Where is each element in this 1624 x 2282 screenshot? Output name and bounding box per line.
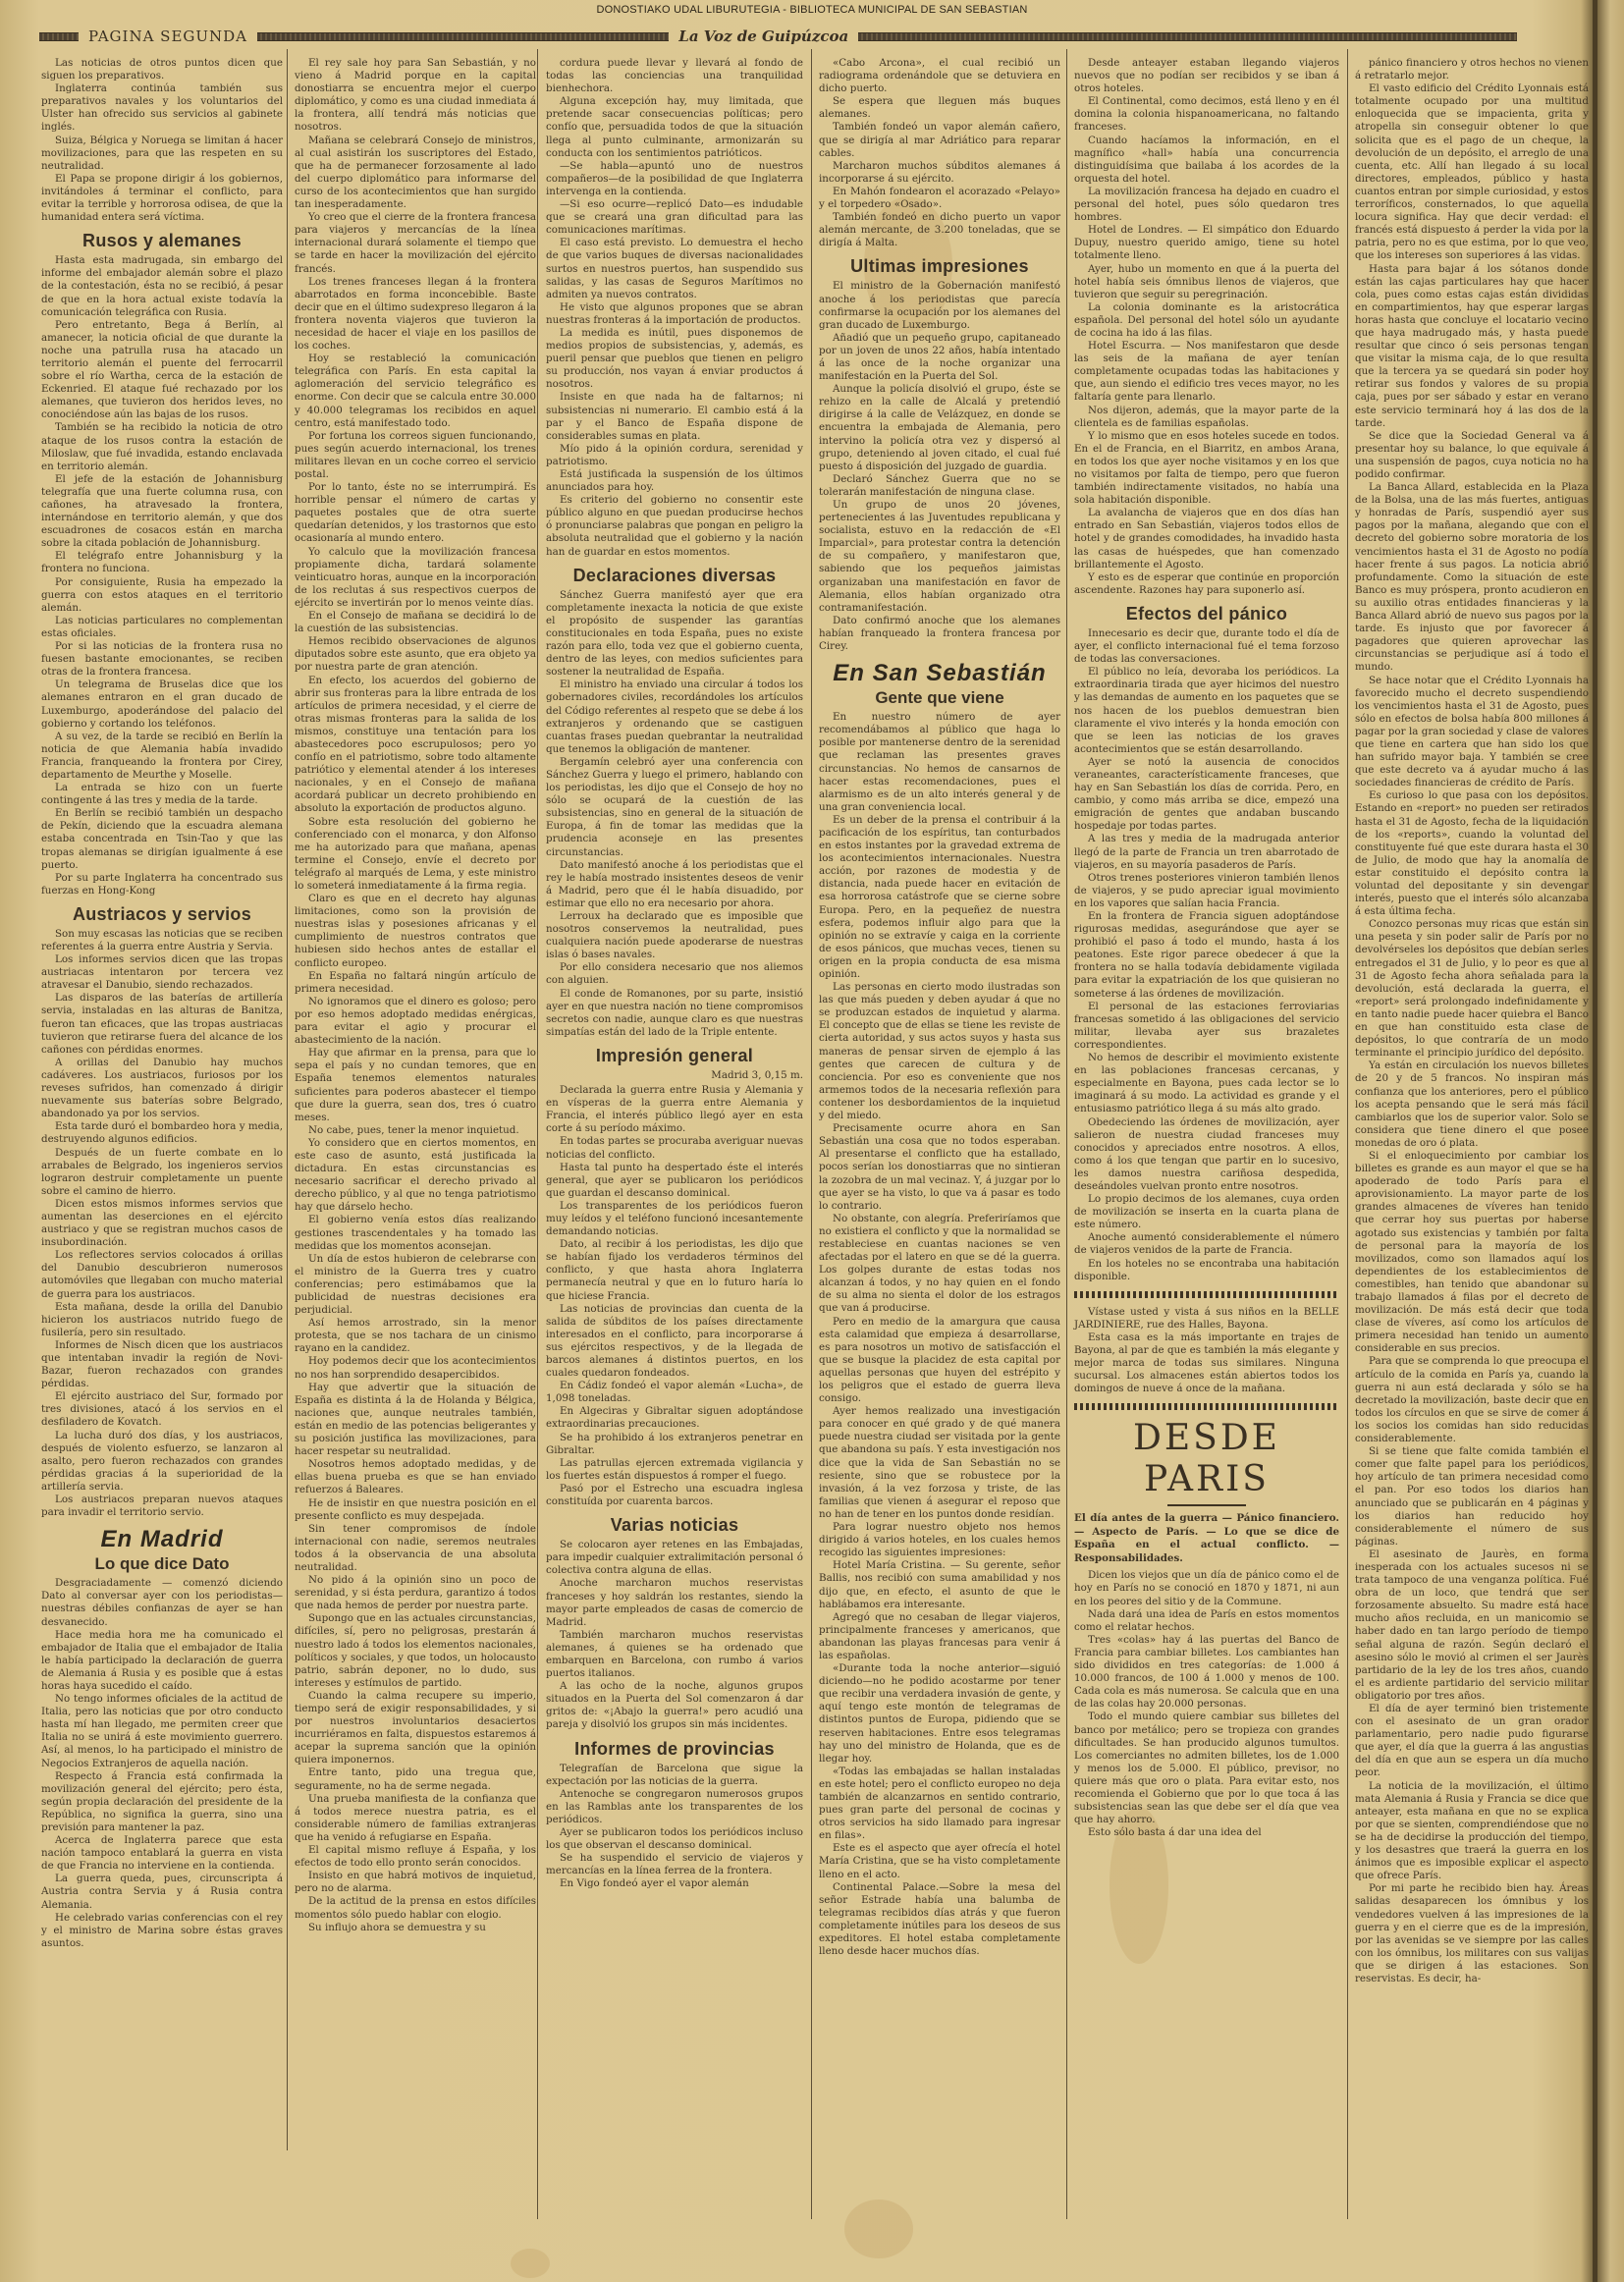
advertisement: Vístase usted y vista á sus niños en la …	[1074, 1306, 1339, 1331]
section-heading: Impresión general	[546, 1046, 803, 1065]
section-heading: Rusos y alemanes	[41, 231, 283, 250]
dateline: Madrid 3, 0,15 m.	[546, 1069, 803, 1082]
paragraph: Ayer se notó la ausencia de conocidos ve…	[1074, 756, 1339, 834]
paragraph: A orillas del Danubio hay muchos cadáver…	[41, 1057, 283, 1120]
paragraph: El caso está previsto. Lo demuestra el h…	[546, 237, 803, 300]
paragraph: Hace media hora me ha comunicado el emba…	[41, 1629, 283, 1693]
paragraph: Una prueba manifiesta de la confianza qu…	[295, 1793, 536, 1844]
binding-edge	[1593, 0, 1597, 2282]
paragraph: Nosotros hemos adoptado medidas, y de el…	[295, 1458, 536, 1496]
paragraph: En Mahón fondearon el acorazado «Pelayo»…	[819, 186, 1060, 211]
paragraph: Se ha suspendido el servicio de viajeros…	[546, 1852, 803, 1877]
column-5: Desde anteayer estaban llegando viajeros…	[1074, 57, 1339, 1839]
newspaper-page: DONOSTIAKO UDAL LIBURUTEGIA - BIBLIOTECA…	[0, 0, 1624, 2282]
column-4: «Cabo Arcona», el cual recibió un radiog…	[819, 57, 1060, 1958]
paper-stain	[844, 2200, 913, 2258]
paragraph: El jefe de la estación de Johannisburg t…	[41, 473, 283, 551]
section-heading: Ultimas impresiones	[819, 256, 1060, 276]
paragraph: De la actitud de la prensa en estos difí…	[295, 1895, 536, 1921]
column-2: El rey sale hoy para San Sebastián, y no…	[295, 57, 536, 1934]
paragraph: El telégrafo entre Johannisburg y la fro…	[41, 550, 283, 575]
page-label: PAGINA SEGUNDA	[88, 27, 247, 45]
paragraph: Pero entretanto, Bega á Berlín, al amane…	[41, 319, 283, 422]
paragraph: Pasó por el Estrecho una escuadra ingles…	[546, 1483, 803, 1508]
paragraph: Se dice que la Sociedad General va á pre…	[1355, 430, 1589, 481]
paragraph: Desde anteayer estaban llegando viajeros…	[1074, 57, 1339, 95]
masthead: PAGINA SEGUNDA La Voz de Guipúzcoa	[39, 26, 1517, 47]
paragraph: Cuando la calma recupere su imperio, tie…	[295, 1690, 536, 1767]
paragraph: Inglaterra continúa también sus preparat…	[41, 82, 283, 134]
paragraph: Mío pido á la opinión cordura, serenidad…	[546, 443, 803, 468]
column-1: Las noticias de otros puntos dicen que s…	[41, 57, 283, 1950]
paragraph: El ministro ha enviado una circular á to…	[546, 679, 803, 756]
paragraph: Las noticias particulares no complementa…	[41, 615, 283, 640]
paragraph: Entre tanto, pido una tregua que, segura…	[295, 1766, 536, 1792]
paragraph: Para que se comprenda lo que preocupa el…	[1355, 1355, 1589, 1445]
paragraph: La guerra queda, pues, circunscripta á A…	[41, 1873, 283, 1911]
column-6: pánico financiero y otros hechos no vien…	[1355, 57, 1589, 1985]
paragraph: Sánchez Guerra manifestó ayer que era co…	[546, 589, 803, 679]
paragraph: Lerroux ha declarado que es imposible qu…	[546, 910, 803, 961]
paragraph: Lo propio decimos de los alemanes, cuya …	[1074, 1193, 1339, 1231]
paragraph: Un día de estos hubieron de celebrarse c…	[295, 1253, 536, 1317]
paragraph: Las noticias de provincias dan cuenta de…	[546, 1303, 803, 1381]
paragraph: El Papa se propone dirigir á los gobiern…	[41, 173, 283, 224]
paragraph: La lucha duró dos días, y los austriacos…	[41, 1430, 283, 1494]
archive-header: DONOSTIAKO UDAL LIBURUTEGIA - BIBLIOTECA…	[0, 4, 1624, 16]
paragraph: Sin tener compromisos de índole internac…	[295, 1523, 536, 1574]
paragraph: Si se tiene que falte comida también el …	[1355, 1445, 1589, 1548]
paper-stain	[511, 2249, 550, 2278]
paragraph: Hoy se restableció la comunicación teleg…	[295, 353, 536, 430]
paragraph: Ayer hemos realizado una investigación p…	[819, 1405, 1060, 1521]
paragraph: El ejército austriaco del Sur, formado p…	[41, 1390, 283, 1429]
paragraph: Dicen los viejos que un día de pánico co…	[1074, 1569, 1339, 1607]
paragraph: Esta casa es la más importante en trajes…	[1074, 1331, 1339, 1395]
paragraph: Hotel de Londres. — El simpático don Edu…	[1074, 224, 1339, 262]
paragraph: Yo creo que el cierre de la frontera fra…	[295, 211, 536, 275]
paragraph: A su vez, de la tarde se recibió en Berl…	[41, 731, 283, 782]
paragraph: Las patrullas ejercen extremada vigilanc…	[546, 1457, 803, 1483]
paragraph: Es curioso lo que pasa con los depósitos…	[1355, 789, 1589, 918]
paragraph: Declaró Sánchez Guerra que no se tolerar…	[819, 473, 1060, 499]
paragraph: He celebrado varias conferencias con el …	[41, 1912, 283, 1950]
paragraph: Y lo mismo que en esos hoteles sucede en…	[1074, 430, 1339, 508]
paragraph: Yo calculo que la movilización francesa …	[295, 546, 536, 610]
paragraph: En la frontera de Francia siguen adoptán…	[1074, 910, 1339, 1001]
paragraph: En el Consejo de mañana se decidirá lo d…	[295, 610, 536, 635]
paragraph: Dato, al recibir á los periodistas, les …	[546, 1238, 803, 1302]
paragraph: Por fortuna los correos siguen funcionan…	[295, 430, 536, 481]
paragraph: Yo considero que en ciertos momentos, en…	[295, 1137, 536, 1215]
paragraph: Dato manifestó anoche á los periodistas …	[546, 859, 803, 910]
paragraph: La medida es inútil, pues disponemos de …	[546, 327, 803, 391]
paragraph: Añadió que un pequeño grupo, capitaneado…	[819, 332, 1060, 383]
paragraph: Obedeciendo las órdenes de movilización,…	[1074, 1116, 1339, 1194]
paragraph: Se espera que lleguen más buques alemane…	[819, 95, 1060, 121]
paragraph: Por lo tanto, éste no se interrumpirá. E…	[295, 481, 536, 545]
column-rule	[1347, 49, 1348, 2219]
paragraph: No cabe, pues, tener la menor inquietud.	[295, 1124, 536, 1137]
paragraph: Esta mañana, desde la orilla del Danubio…	[41, 1301, 283, 1339]
paragraph: Su influjo ahora se demuestra y su	[295, 1922, 536, 1934]
paragraph: Los transparentes de los periódicos fuer…	[546, 1200, 803, 1238]
paragraph: No obstante, con alegría. Preferiríamos …	[819, 1213, 1060, 1316]
paragraph: Hasta para bajar á los sótanos donde est…	[1355, 263, 1589, 430]
section-banner: En Madrid	[41, 1527, 283, 1552]
paragraph: «Durante toda la noche anterior—siguió d…	[819, 1662, 1060, 1766]
paragraph: En todas partes se procuraba averiguar n…	[546, 1135, 803, 1161]
subheading: Lo que dice Dato	[41, 1554, 283, 1573]
paragraph: La avalancha de viajeros que en dos días…	[1074, 507, 1339, 570]
paragraph: He visto que algunos propones que se abr…	[546, 301, 803, 327]
paragraph: Dato confirmó anoche que los alemanes ha…	[819, 615, 1060, 653]
masthead-rule	[39, 32, 79, 41]
paragraph: No ignoramos que el dinero es goloso; pe…	[295, 996, 536, 1047]
paragraph: Desgraciadamente — comenzó diciendo Dato…	[41, 1577, 283, 1628]
section-banner: En San Sebastián	[819, 661, 1060, 686]
paragraph: En Vigo fondeó ayer el vapor alemán	[546, 1877, 803, 1890]
paragraph: Después de un fuerte combate en lo arrab…	[41, 1147, 283, 1198]
paragraph: En efecto, los acuerdos del gobierno de …	[295, 675, 536, 816]
section-heading: Informes de provincias	[546, 1739, 803, 1759]
paragraph: Insiste en que nada ha de faltarnos; ni …	[546, 391, 803, 442]
paragraph: Innecesario es decir que, durante todo e…	[1074, 627, 1339, 666]
section-heading: Efectos del pánico	[1074, 604, 1339, 624]
paragraph: Continental Palace.—Sobre la mesa del se…	[819, 1881, 1060, 1959]
subheading: Gente que viene	[819, 688, 1060, 707]
paragraph: «Cabo Arcona», el cual recibió un radiog…	[819, 57, 1060, 95]
masthead-rule	[257, 32, 669, 41]
paragraph: La entrada se hizo con un fuerte conting…	[41, 782, 283, 807]
paragraph: Hemos recibido observaciones de algunos …	[295, 635, 536, 674]
paragraph: En los hoteles no se encontraba una habi…	[1074, 1258, 1339, 1283]
paragraph: El capital mismo refluye á España, y los…	[295, 1844, 536, 1870]
paragraph: —Si eso ocurre—replicó Dato—es indudable…	[546, 198, 803, 237]
paragraph: Nada dará una idea de París en estos mom…	[1074, 1608, 1339, 1634]
section-heading: Declaraciones diversas	[546, 566, 803, 585]
column-rule	[537, 49, 538, 2219]
paragraph: Para lograr nuestro objeto nos hemos dir…	[819, 1521, 1060, 1559]
paragraph: Mañana se celebrará Consejo de ministros…	[295, 135, 536, 212]
paragraph: Por su parte Inglaterra ha concentrado s…	[41, 872, 283, 897]
article-summary: El día antes de la guerra — Pánico finan…	[1074, 1512, 1339, 1565]
paragraph: He de insistir en que nuestra posición e…	[295, 1497, 536, 1523]
paragraph: Y esto es de esperar que continúe en pro…	[1074, 571, 1339, 597]
paragraph: Insisto en que habrá motivos de inquietu…	[295, 1870, 536, 1895]
paragraph: Conozco personas muy ricas que están sin…	[1355, 918, 1589, 1059]
paragraph: En Algeciras y Gibraltar siguen adoptánd…	[546, 1405, 803, 1431]
paragraph: Todo el mundo quiere cambiar sus billete…	[1074, 1711, 1339, 1826]
paragraph: A las ocho de la noche, algunos grupos s…	[546, 1680, 803, 1731]
paragraph: Otros trenes posteriores vinieron tambié…	[1074, 872, 1339, 910]
paragraph: En nuestro número de ayer recomendábamos…	[819, 711, 1060, 814]
paragraph: Este es el aspecto que ayer ofrecía el h…	[819, 1842, 1060, 1880]
paragraph: Claro es que en el decreto hay algunas l…	[295, 893, 536, 970]
paragraph: cordura puede llevar y llevará al fondo …	[546, 57, 803, 95]
paragraph: Los reflectores servios colocados á oril…	[41, 1249, 283, 1300]
column-rule	[287, 49, 288, 2150]
paragraph: A las tres y media de la madrugada anter…	[1074, 833, 1339, 871]
paragraph: La Banca Allard, establecida en la Plaza…	[1355, 481, 1589, 674]
paragraph: Por si las noticias de la frontera rusa …	[41, 640, 283, 679]
paragraph: Ya están en circulación los nuevos bille…	[1355, 1059, 1589, 1150]
divider	[1167, 1504, 1246, 1506]
paragraph: Por mi parte he recibido bien hay. Áreas…	[1355, 1882, 1589, 1985]
paragraph: Hay que afirmar en la prensa, para que l…	[295, 1047, 536, 1124]
paragraph: Son muy escasas las noticias que se reci…	[41, 928, 283, 953]
paragraph: Las disparos de las baterías de artiller…	[41, 992, 283, 1056]
paragraph: Alguna excepción hay, muy limitada, que …	[546, 95, 803, 159]
paragraph: Supongo que en las actuales circunstanci…	[295, 1612, 536, 1690]
paragraph: «Todas las embajadas se hallan instalada…	[819, 1766, 1060, 1843]
ornamental-rule	[1074, 1291, 1339, 1298]
paragraph: También marcharon muchos reservistas ale…	[546, 1629, 803, 1680]
paragraph: El vasto edificio del Crédito Lyonnais e…	[1355, 82, 1589, 262]
paragraph: Aunque la policía disolvió el grupo, ést…	[819, 383, 1060, 473]
paragraph: Telegrafían de Barcelona que sigue la ex…	[546, 1763, 803, 1788]
paragraph: Suiza, Bélgica y Noruega se limitan á ha…	[41, 135, 283, 173]
paragraph: En España no faltará ningún artículo de …	[295, 970, 536, 996]
paragraph: Los informes servios dicen que las tropa…	[41, 953, 283, 992]
paragraph: Cuando hacíamos la información, en el ma…	[1074, 135, 1339, 186]
paragraph: Nos dijeron, además, que la mayor parte …	[1074, 405, 1339, 430]
paragraph: Por ello considera necesario que nos ali…	[546, 961, 803, 987]
paragraph: Informes de Nisch dicen que los austriac…	[41, 1339, 283, 1390]
paragraph: Antenoche se congregaron numerosos grupo…	[546, 1788, 803, 1826]
section-heading: Varias noticias	[546, 1515, 803, 1535]
paper-title: La Voz de Guipúzcoa	[678, 27, 848, 45]
paragraph: No pido á la opinión sino un poco de ser…	[295, 1574, 536, 1612]
paragraph: Ayer se publicaron todos los periódicos …	[546, 1826, 803, 1852]
paragraph: Hasta tal punto ha despertado éste el in…	[546, 1162, 803, 1200]
paragraph: El Continental, como decimos, está lleno…	[1074, 95, 1339, 134]
ornamental-rule	[1074, 1403, 1339, 1410]
paragraph: Es criterio del gobierno no consentir es…	[546, 494, 803, 558]
paragraph: Declarada la guerra entre Rusia y Aleman…	[546, 1084, 803, 1135]
paragraph: El asesinato de Jaurès, en forma inesper…	[1355, 1548, 1589, 1703]
paragraph: Agregó que no cesaban de llegar viajeros…	[819, 1611, 1060, 1662]
paragraph: —Se habla—apuntó uno de nuestros compañe…	[546, 160, 803, 198]
paragraph: Respecto á Francia está confirmada la mo…	[41, 1770, 283, 1834]
paragraph: En Berlín se recibió también un despacho…	[41, 807, 283, 871]
paragraph: Un telegrama de Bruselas dice que los al…	[41, 679, 283, 730]
section-banner-desde-paris: DESDE PARIS	[1074, 1418, 1339, 1500]
paragraph: También fondeó en dicho puerto un vapor …	[819, 211, 1060, 249]
paragraph: La colonia dominante es la aristocrática…	[1074, 301, 1339, 340]
paragraph: Ayer, hubo un momento en que á la puerta…	[1074, 263, 1339, 301]
paragraph: El personal de las estaciones ferroviari…	[1074, 1001, 1339, 1052]
paragraph: Por consiguiente, Rusia ha empezado la g…	[41, 576, 283, 615]
paragraph: Las personas en cierto modo ilustradas s…	[819, 981, 1060, 1122]
paragraph: Dicen estos mismos informes servios que …	[41, 1198, 283, 1249]
paragraph: El rey sale hoy para San Sebastián, y no…	[295, 57, 536, 135]
paragraph: También fondeó un vapor alemán cañero, q…	[819, 121, 1060, 159]
paragraph: La noticia de la movilización, el último…	[1355, 1780, 1589, 1883]
paragraph: Anoche aumentó considerablemente el núme…	[1074, 1231, 1339, 1257]
paragraph: En Cádiz fondeó el vapor alemán «Lucha»,…	[546, 1380, 803, 1405]
paragraph: Si el enloquecimiento por cambiar los bi…	[1355, 1150, 1589, 1356]
paragraph: Es un deber de la prensa el contribuir á…	[819, 814, 1060, 981]
paragraph: Hoy podemos decir que los acontecimiento…	[295, 1355, 536, 1381]
paragraph: Está justificada la suspensión de los úl…	[546, 468, 803, 494]
paragraph: No tengo informes oficiales de la actitu…	[41, 1693, 283, 1770]
paragraph: Los austriacos preparan nuevos ataques p…	[41, 1494, 283, 1519]
paragraph: Se colocaron ayer retenes en las Embajad…	[546, 1539, 803, 1577]
paragraph: Tres «colas» hay á las puertas del Banco…	[1074, 1634, 1339, 1711]
column-3: cordura puede llevar y llevará al fondo …	[546, 57, 803, 1890]
paragraph: Esta tarde duró el bombardeo hora y medi…	[41, 1120, 283, 1146]
paragraph: Hay que advertir que la situación de Esp…	[295, 1382, 536, 1459]
section-heading: Austriacos y servios	[41, 904, 283, 924]
paragraph: No hemos de describir el movimiento exis…	[1074, 1052, 1339, 1115]
column-rule	[1066, 49, 1067, 2219]
paragraph: También se ha recibido la noticia de otr…	[41, 421, 283, 472]
paragraph: Marcharon muchos súbditos alemanes á inc…	[819, 160, 1060, 186]
paragraph: Bergamín celebró ayer una conferencia co…	[546, 756, 803, 859]
masthead-rule	[858, 32, 1517, 41]
paragraph: El día de ayer terminó bien tristemente …	[1355, 1703, 1589, 1780]
paragraph: Hotel Escurra. — Nos manifestaron que de…	[1074, 340, 1339, 404]
paragraph: Acerca de Inglaterra parece que esta nac…	[41, 1834, 283, 1873]
paragraph: El conde de Romanones, por su parte, ins…	[546, 988, 803, 1039]
paragraph: La movilización francesa ha dejado en cu…	[1074, 186, 1339, 224]
paragraph: El público no leía, devoraba los periódi…	[1074, 666, 1339, 756]
paragraph: pánico financiero y otros hechos no vien…	[1355, 57, 1589, 82]
paragraph: Esto sólo basta á dar una idea del	[1074, 1826, 1339, 1839]
paragraph: Precisamente ocurre ahora en San Sebasti…	[819, 1122, 1060, 1213]
paragraph: El ministro de la Gobernación manifestó …	[819, 280, 1060, 331]
paragraph: Un grupo de unos 20 jóvenes, pertenecien…	[819, 499, 1060, 615]
paragraph: Pero en medio de la amargura que causa e…	[819, 1316, 1060, 1406]
paragraph: Los trenes franceses llegan á la fronter…	[295, 276, 536, 353]
paragraph: Hotel María Cristina. — Su gerente, seño…	[819, 1559, 1060, 1610]
paragraph: Las noticias de otros puntos dicen que s…	[41, 57, 283, 82]
paragraph: Sobre esta resolución del gobierno he co…	[295, 816, 536, 894]
paragraph: Se hace notar que el Crédito Lyonnais ha…	[1355, 675, 1589, 790]
column-rule	[811, 49, 812, 2219]
paragraph: Hasta esta madrugada, sin embargo del in…	[41, 254, 283, 318]
paragraph: Así hemos arrostrado, sin la menor prote…	[295, 1317, 536, 1355]
paragraph: Anoche marcharon muchos reservistas fran…	[546, 1577, 803, 1628]
paragraph: Se ha prohibido á los extranjeros penetr…	[546, 1432, 803, 1457]
paragraph: El gobierno venía estos días realizando …	[295, 1214, 536, 1252]
